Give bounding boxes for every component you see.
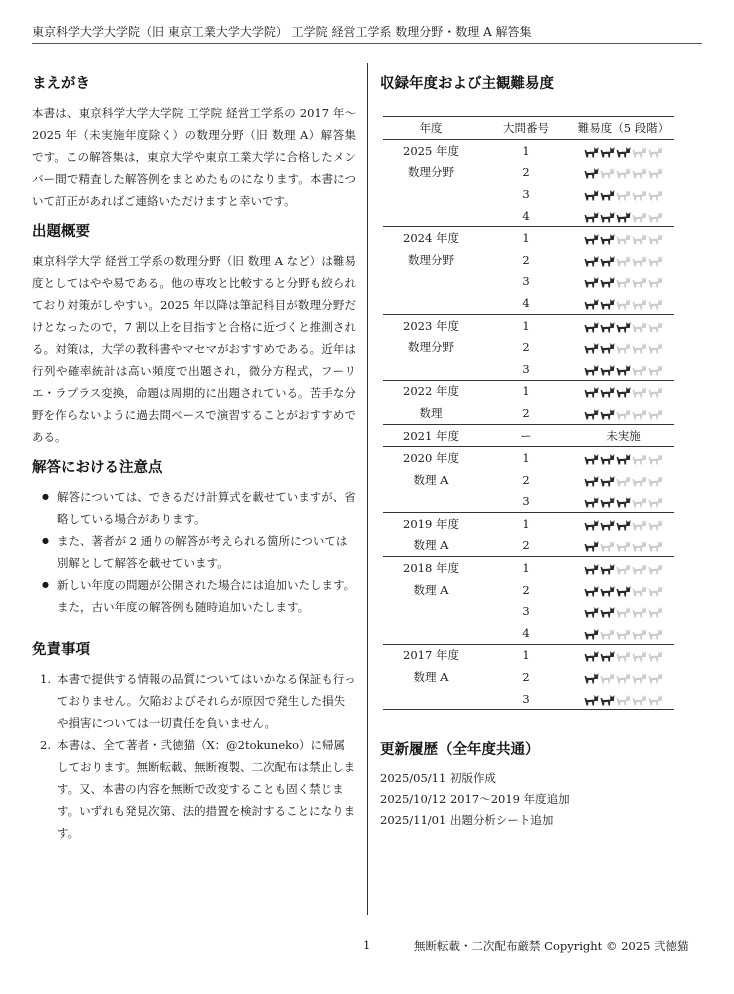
cat-icon-filled <box>584 672 599 684</box>
cat-icon-empty <box>632 364 647 376</box>
cat-icon-filled <box>600 276 615 288</box>
rating-icons <box>584 364 663 376</box>
question-number-cell: 4 <box>479 205 573 227</box>
cat-icon-filled <box>616 496 631 508</box>
table-row: 数理 A2 <box>383 535 674 557</box>
table-body: 2025 年度1数理分野2342024 年度1数理分野2342023 年度1数理… <box>383 140 674 710</box>
difficulty-rating <box>573 292 674 314</box>
difficulty-rating <box>573 358 674 380</box>
cat-icon-empty <box>616 276 631 288</box>
table-row: 4 <box>383 205 674 227</box>
year-cell: 2020 年度 <box>383 447 479 469</box>
table-row: 2022 年度1 <box>383 380 674 402</box>
question-number-cell: 2 <box>479 336 573 358</box>
cat-icon-empty <box>616 189 631 201</box>
cat-icon-empty <box>632 342 647 354</box>
cat-icon-filled <box>616 585 631 597</box>
preface-heading: まえがき <box>32 74 356 94</box>
cat-icon-empty <box>632 563 647 575</box>
rating-icons <box>584 386 663 398</box>
cat-icon-filled <box>584 167 599 179</box>
difficulty-rating <box>573 402 674 424</box>
list-number: 2. <box>40 734 51 756</box>
table-row: 2017 年度1 <box>383 644 674 666</box>
list-number: 1. <box>40 668 51 690</box>
cat-icon-filled <box>600 563 615 575</box>
subject-cell: 数理分野 <box>383 249 479 271</box>
cat-icon-filled <box>584 408 599 420</box>
cat-icon-filled <box>616 386 631 398</box>
disclaimer-section: 免責事項 1. 本書で提供する情報の品質についてはいかなる保証も行っておりません… <box>32 640 356 844</box>
cat-icon-filled <box>616 321 631 333</box>
empty-cell <box>383 688 479 710</box>
difficulty-rating <box>573 227 674 249</box>
empty-cell <box>383 292 479 314</box>
difficulty-rating <box>573 491 674 513</box>
cat-icon-empty <box>632 496 647 508</box>
table-row: 3 <box>383 688 674 710</box>
question-number-cell: 3 <box>479 688 573 710</box>
cat-icon-empty <box>648 672 663 684</box>
empty-cell <box>383 205 479 227</box>
table-row: 2021 年度ー未実施 <box>383 424 674 447</box>
cat-icon-filled <box>600 255 615 267</box>
cat-icon-empty <box>616 563 631 575</box>
cat-icon-empty <box>648 364 663 376</box>
cat-icon-empty <box>648 321 663 333</box>
question-number-cell: 3 <box>479 271 573 293</box>
cat-icon-empty <box>632 189 647 201</box>
list-item: 解答については、できるだけ計算式を載せていますが、省略している場合があります。 <box>40 486 356 530</box>
difficulty-table: 年度 大問番号 難易度（5 段階） 2025 年度1数理分野2342024 年度… <box>383 116 674 710</box>
table-heading: 収録年度および主観難易度 <box>380 74 700 94</box>
cat-icon-filled <box>600 650 615 662</box>
disclaimer-list: 1. 本書で提供する情報の品質についてはいかなる保証も行っておりません。欠陥およ… <box>32 668 356 844</box>
question-number-cell: 1 <box>479 557 573 579</box>
cat-icon-empty <box>616 540 631 552</box>
rating-icons <box>584 540 663 552</box>
cat-icon-empty <box>632 146 647 158</box>
cat-icon-filled <box>584 321 599 333</box>
cat-icon-empty <box>648 585 663 597</box>
cat-icon-filled <box>600 694 615 706</box>
cat-icon-filled <box>584 146 599 158</box>
question-number-cell: 3 <box>479 491 573 513</box>
question-number-cell: 3 <box>479 183 573 205</box>
difficulty-rating <box>573 380 674 402</box>
cat-icon-filled <box>584 189 599 201</box>
cat-icon-empty <box>632 211 647 223</box>
rating-icons <box>584 672 663 684</box>
subject-cell: 数理分野 <box>383 336 479 358</box>
cat-icon-empty <box>616 255 631 267</box>
rating-icons <box>584 650 663 662</box>
rating-icons <box>584 563 663 575</box>
cat-icon-filled <box>616 519 631 531</box>
rating-icons <box>584 475 663 487</box>
cat-icon-empty <box>648 276 663 288</box>
cat-icon-filled <box>616 453 631 465</box>
cat-icon-empty <box>632 298 647 310</box>
question-number-cell: 2 <box>479 535 573 557</box>
difficulty-rating <box>573 579 674 601</box>
year-cell: 2023 年度 <box>383 314 479 336</box>
cat-icon-filled <box>584 650 599 662</box>
rating-icons <box>584 167 663 179</box>
notes-section: 解答における注意点 解答については、できるだけ計算式を載せていますが、省略してい… <box>32 458 356 618</box>
cat-icon-empty <box>632 255 647 267</box>
cat-icon-empty <box>648 146 663 158</box>
cat-icon-empty <box>616 475 631 487</box>
cat-icon-filled <box>584 585 599 597</box>
year-cell: 2022 年度 <box>383 380 479 402</box>
preface-body: 本書は、東京科学大学大学院 工学院 経営工学系の 2017 年〜2025 年（未… <box>32 102 356 212</box>
cat-icon-empty <box>616 628 631 640</box>
cat-icon-empty <box>616 342 631 354</box>
cat-icon-filled <box>584 364 599 376</box>
rating-icons <box>584 189 663 201</box>
question-number-cell: 2 <box>479 579 573 601</box>
cat-icon-empty <box>616 606 631 618</box>
left-column: まえがき 本書は、東京科学大学大学院 工学院 経営工学系の 2017 年〜202… <box>32 74 356 854</box>
empty-cell <box>383 358 479 380</box>
table-row: 2025 年度1 <box>383 140 674 162</box>
cat-icon-empty <box>632 321 647 333</box>
cat-icon-empty <box>648 255 663 267</box>
right-column: 収録年度および主観難易度 年度 大問番号 難易度（5 段階） 2025 年度1数… <box>380 74 700 831</box>
difficulty-rating <box>573 140 674 162</box>
cat-icon-filled <box>584 211 599 223</box>
column-header-question: 大問番号 <box>479 117 573 140</box>
preface-section: まえがき 本書は、東京科学大学大学院 工学院 経営工学系の 2017 年〜202… <box>32 74 356 212</box>
cat-icon-empty <box>648 606 663 618</box>
question-number-cell: 3 <box>479 600 573 622</box>
table-row: 数理分野2 <box>383 249 674 271</box>
subject-cell: 数理 A <box>383 535 479 557</box>
cat-icon-empty <box>616 233 631 245</box>
question-number-cell: 2 <box>479 666 573 688</box>
subject-cell: 数理 A <box>383 579 479 601</box>
year-cell: 2018 年度 <box>383 557 479 579</box>
cat-icon-filled <box>600 211 615 223</box>
overview-heading: 出題概要 <box>32 222 356 242</box>
list-text: 本書は、全て著者・弐徳猫（X：@2tokuneko）に帰属しております。無断転載… <box>57 738 355 840</box>
subject-cell: 数理分野 <box>383 162 479 184</box>
cat-icon-filled <box>600 189 615 201</box>
cat-icon-empty <box>632 475 647 487</box>
rating-icons <box>584 276 663 288</box>
cat-icon-filled <box>584 386 599 398</box>
empty-cell <box>383 271 479 293</box>
question-number-cell: 1 <box>479 227 573 249</box>
cat-icon-filled <box>600 386 615 398</box>
empty-cell <box>383 491 479 513</box>
rating-icons <box>584 255 663 267</box>
cat-icon-filled <box>600 298 615 310</box>
cat-icon-empty <box>632 585 647 597</box>
history-entry: 2025/05/11 初版作成 <box>380 768 700 789</box>
cat-icon-filled <box>616 364 631 376</box>
table-row: 3 <box>383 600 674 622</box>
rating-icons <box>584 298 663 310</box>
column-divider <box>367 63 368 915</box>
cat-icon-filled <box>600 606 615 618</box>
cat-icon-empty <box>632 672 647 684</box>
rating-icons <box>584 408 663 420</box>
cat-icon-filled <box>584 519 599 531</box>
table-row: 数理 A2 <box>383 579 674 601</box>
cat-icon-empty <box>648 540 663 552</box>
difficulty-rating <box>573 162 674 184</box>
table-row: 数理分野2 <box>383 162 674 184</box>
cat-icon-empty <box>648 650 663 662</box>
history-entry: 2025/11/01 出題分析シート追加 <box>380 810 700 831</box>
difficulty-rating <box>573 205 674 227</box>
difficulty-rating <box>573 447 674 469</box>
difficulty-rating <box>573 535 674 557</box>
table-row: 2018 年度1 <box>383 557 674 579</box>
difficulty-rating <box>573 271 674 293</box>
cat-icon-filled <box>600 342 615 354</box>
cat-icon-empty <box>648 342 663 354</box>
cat-icon-empty <box>632 519 647 531</box>
cat-icon-filled <box>584 628 599 640</box>
cat-icon-empty <box>648 298 663 310</box>
cat-icon-empty <box>632 694 647 706</box>
table-row: 3 <box>383 271 674 293</box>
table-row: 3 <box>383 183 674 205</box>
cat-icon-filled <box>600 233 615 245</box>
year-cell: 2019 年度 <box>383 513 479 535</box>
table-row: 2024 年度1 <box>383 227 674 249</box>
cat-icon-empty <box>616 672 631 684</box>
cat-icon-empty <box>648 496 663 508</box>
cat-icon-empty <box>648 211 663 223</box>
cat-icon-filled <box>616 211 631 223</box>
cat-icon-empty <box>648 408 663 420</box>
cat-icon-filled <box>584 298 599 310</box>
column-header-year: 年度 <box>383 117 479 140</box>
question-number-cell: 1 <box>479 513 573 535</box>
cat-icon-empty <box>632 650 647 662</box>
table-row: 数理 A2 <box>383 469 674 491</box>
cat-icon-empty <box>600 672 615 684</box>
cat-icon-empty <box>600 628 615 640</box>
cat-icon-empty <box>648 386 663 398</box>
cat-icon-empty <box>632 276 647 288</box>
question-number-cell: ー <box>479 424 573 447</box>
difficulty-rating <box>573 688 674 710</box>
list-item: 新しい年度の問題が公開された場合には追加いたします。また，古い年度の解答例も随時… <box>40 574 356 618</box>
question-number-cell: 1 <box>479 380 573 402</box>
question-number-cell: 1 <box>479 140 573 162</box>
status-cell: 未実施 <box>573 424 674 447</box>
running-header: 東京科学大学大学院（旧 東京工業大学大学院） 工学院 経営工学系 数理分野・数理… <box>32 24 702 44</box>
rating-icons <box>584 519 663 531</box>
cat-icon-empty <box>616 694 631 706</box>
list-text: 本書で提供する情報の品質についてはいかなる保証も行っておりません。欠陥およびそれ… <box>57 672 356 730</box>
table-row: 数理 A2 <box>383 666 674 688</box>
rating-icons <box>584 694 663 706</box>
difficulty-rating <box>573 513 674 535</box>
difficulty-rating <box>573 469 674 491</box>
cat-icon-empty <box>632 386 647 398</box>
question-number-cell: 2 <box>479 402 573 424</box>
cat-icon-filled <box>600 475 615 487</box>
cat-icon-empty <box>632 453 647 465</box>
cat-icon-filled <box>600 453 615 465</box>
history-entry: 2025/10/12 2017〜2019 年度追加 <box>380 789 700 810</box>
difficulty-rating <box>573 644 674 666</box>
cat-icon-empty <box>648 519 663 531</box>
rating-icons <box>584 146 663 158</box>
table-row: 2020 年度1 <box>383 447 674 469</box>
subject-cell: 数理 A <box>383 666 479 688</box>
rating-icons <box>584 321 663 333</box>
table-row: 4 <box>383 622 674 644</box>
empty-cell <box>383 622 479 644</box>
year-cell: 2025 年度 <box>383 140 479 162</box>
history-section: 更新履歴（全年度共通） 2025/05/11 初版作成 2025/10/12 2… <box>380 740 700 831</box>
question-number-cell: 2 <box>479 162 573 184</box>
difficulty-rating <box>573 183 674 205</box>
rating-icons <box>584 606 663 618</box>
notes-list: 解答については、できるだけ計算式を載せていますが、省略している場合があります。 … <box>32 486 356 618</box>
question-number-cell: 1 <box>479 447 573 469</box>
cat-icon-filled <box>584 255 599 267</box>
question-number-cell: 3 <box>479 358 573 380</box>
subject-cell: 数理 A <box>383 469 479 491</box>
empty-cell <box>383 183 479 205</box>
rating-icons <box>584 233 663 245</box>
table-row: 3 <box>383 358 674 380</box>
cat-icon-empty <box>632 606 647 618</box>
rating-icons <box>584 496 663 508</box>
table-row: 4 <box>383 292 674 314</box>
cat-icon-empty <box>616 298 631 310</box>
cat-icon-filled <box>584 453 599 465</box>
question-number-cell: 4 <box>479 622 573 644</box>
rating-icons <box>584 342 663 354</box>
cat-icon-filled <box>584 606 599 618</box>
table-row: 2023 年度1 <box>383 314 674 336</box>
cat-icon-filled <box>584 233 599 245</box>
rating-icons <box>584 628 663 640</box>
question-number-cell: 1 <box>479 644 573 666</box>
difficulty-rating <box>573 249 674 271</box>
cat-icon-filled <box>600 496 615 508</box>
difficulty-rating <box>573 336 674 358</box>
year-cell: 2021 年度 <box>383 424 479 447</box>
difficulty-rating <box>573 666 674 688</box>
question-number-cell: 4 <box>479 292 573 314</box>
cat-icon-filled <box>584 540 599 552</box>
difficulty-rating <box>573 622 674 644</box>
cat-icon-empty <box>648 453 663 465</box>
list-item: また、著者が 2 通りの解答が考えられる箇所については別解として解答を載せていま… <box>40 530 356 574</box>
table-row: 数理2 <box>383 402 674 424</box>
difficulty-rating <box>573 557 674 579</box>
cat-icon-empty <box>648 628 663 640</box>
cat-icon-filled <box>600 146 615 158</box>
cat-icon-empty <box>648 694 663 706</box>
cat-icon-filled <box>616 146 631 158</box>
cat-icon-filled <box>584 276 599 288</box>
cat-icon-empty <box>616 167 631 179</box>
cat-icon-filled <box>600 408 615 420</box>
cat-icon-empty <box>648 167 663 179</box>
disclaimer-heading: 免責事項 <box>32 640 356 660</box>
cat-icon-empty <box>616 408 631 420</box>
year-cell: 2017 年度 <box>383 644 479 666</box>
rating-icons <box>584 453 663 465</box>
question-number-cell: 2 <box>479 469 573 491</box>
cat-icon-empty <box>632 408 647 420</box>
table-row: 数理分野2 <box>383 336 674 358</box>
column-header-difficulty: 難易度（5 段階） <box>573 117 674 140</box>
cat-icon-empty <box>632 628 647 640</box>
cat-icon-empty <box>632 540 647 552</box>
cat-icon-empty <box>616 650 631 662</box>
empty-cell <box>383 600 479 622</box>
copyright-notice: 無断転載・二次配布厳禁 Copyright © 2025 弐徳猫 <box>414 938 689 954</box>
overview-section: 出題概要 東京科学大学 経営工学系の数理分野（旧 数理 A など）は難易度として… <box>32 222 356 448</box>
difficulty-rating <box>573 314 674 336</box>
notes-heading: 解答における注意点 <box>32 458 356 478</box>
page-number: 1 <box>363 938 370 952</box>
table-header-row: 年度 大問番号 難易度（5 段階） <box>383 117 674 140</box>
difficulty-rating <box>573 600 674 622</box>
cat-icon-empty <box>632 167 647 179</box>
cat-icon-empty <box>648 189 663 201</box>
cat-icon-filled <box>600 321 615 333</box>
history-heading: 更新履歴（全年度共通） <box>380 740 700 760</box>
cat-icon-empty <box>648 475 663 487</box>
year-cell: 2024 年度 <box>383 227 479 249</box>
cat-icon-empty <box>600 167 615 179</box>
cat-icon-filled <box>584 694 599 706</box>
rating-icons <box>584 585 663 597</box>
cat-icon-filled <box>584 563 599 575</box>
cat-icon-empty <box>632 233 647 245</box>
subject-cell: 数理 <box>383 402 479 424</box>
list-item: 1. 本書で提供する情報の品質についてはいかなる保証も行っておりません。欠陥およ… <box>40 668 356 734</box>
cat-icon-filled <box>600 519 615 531</box>
cat-icon-empty <box>600 540 615 552</box>
list-item: 2. 本書は、全て著者・弐徳猫（X：@2tokuneko）に帰属しております。無… <box>40 734 356 844</box>
cat-icon-filled <box>584 342 599 354</box>
cat-icon-empty <box>648 563 663 575</box>
cat-icon-filled <box>584 475 599 487</box>
table-row: 3 <box>383 491 674 513</box>
cat-icon-filled <box>600 585 615 597</box>
question-number-cell: 1 <box>479 314 573 336</box>
question-number-cell: 2 <box>479 249 573 271</box>
cat-icon-filled <box>584 496 599 508</box>
table-row: 2019 年度1 <box>383 513 674 535</box>
cat-icon-empty <box>648 233 663 245</box>
rating-icons <box>584 211 663 223</box>
overview-body: 東京科学大学 経営工学系の数理分野（旧 数理 A など）は難易度としてはやや易で… <box>32 250 356 448</box>
cat-icon-filled <box>600 364 615 376</box>
